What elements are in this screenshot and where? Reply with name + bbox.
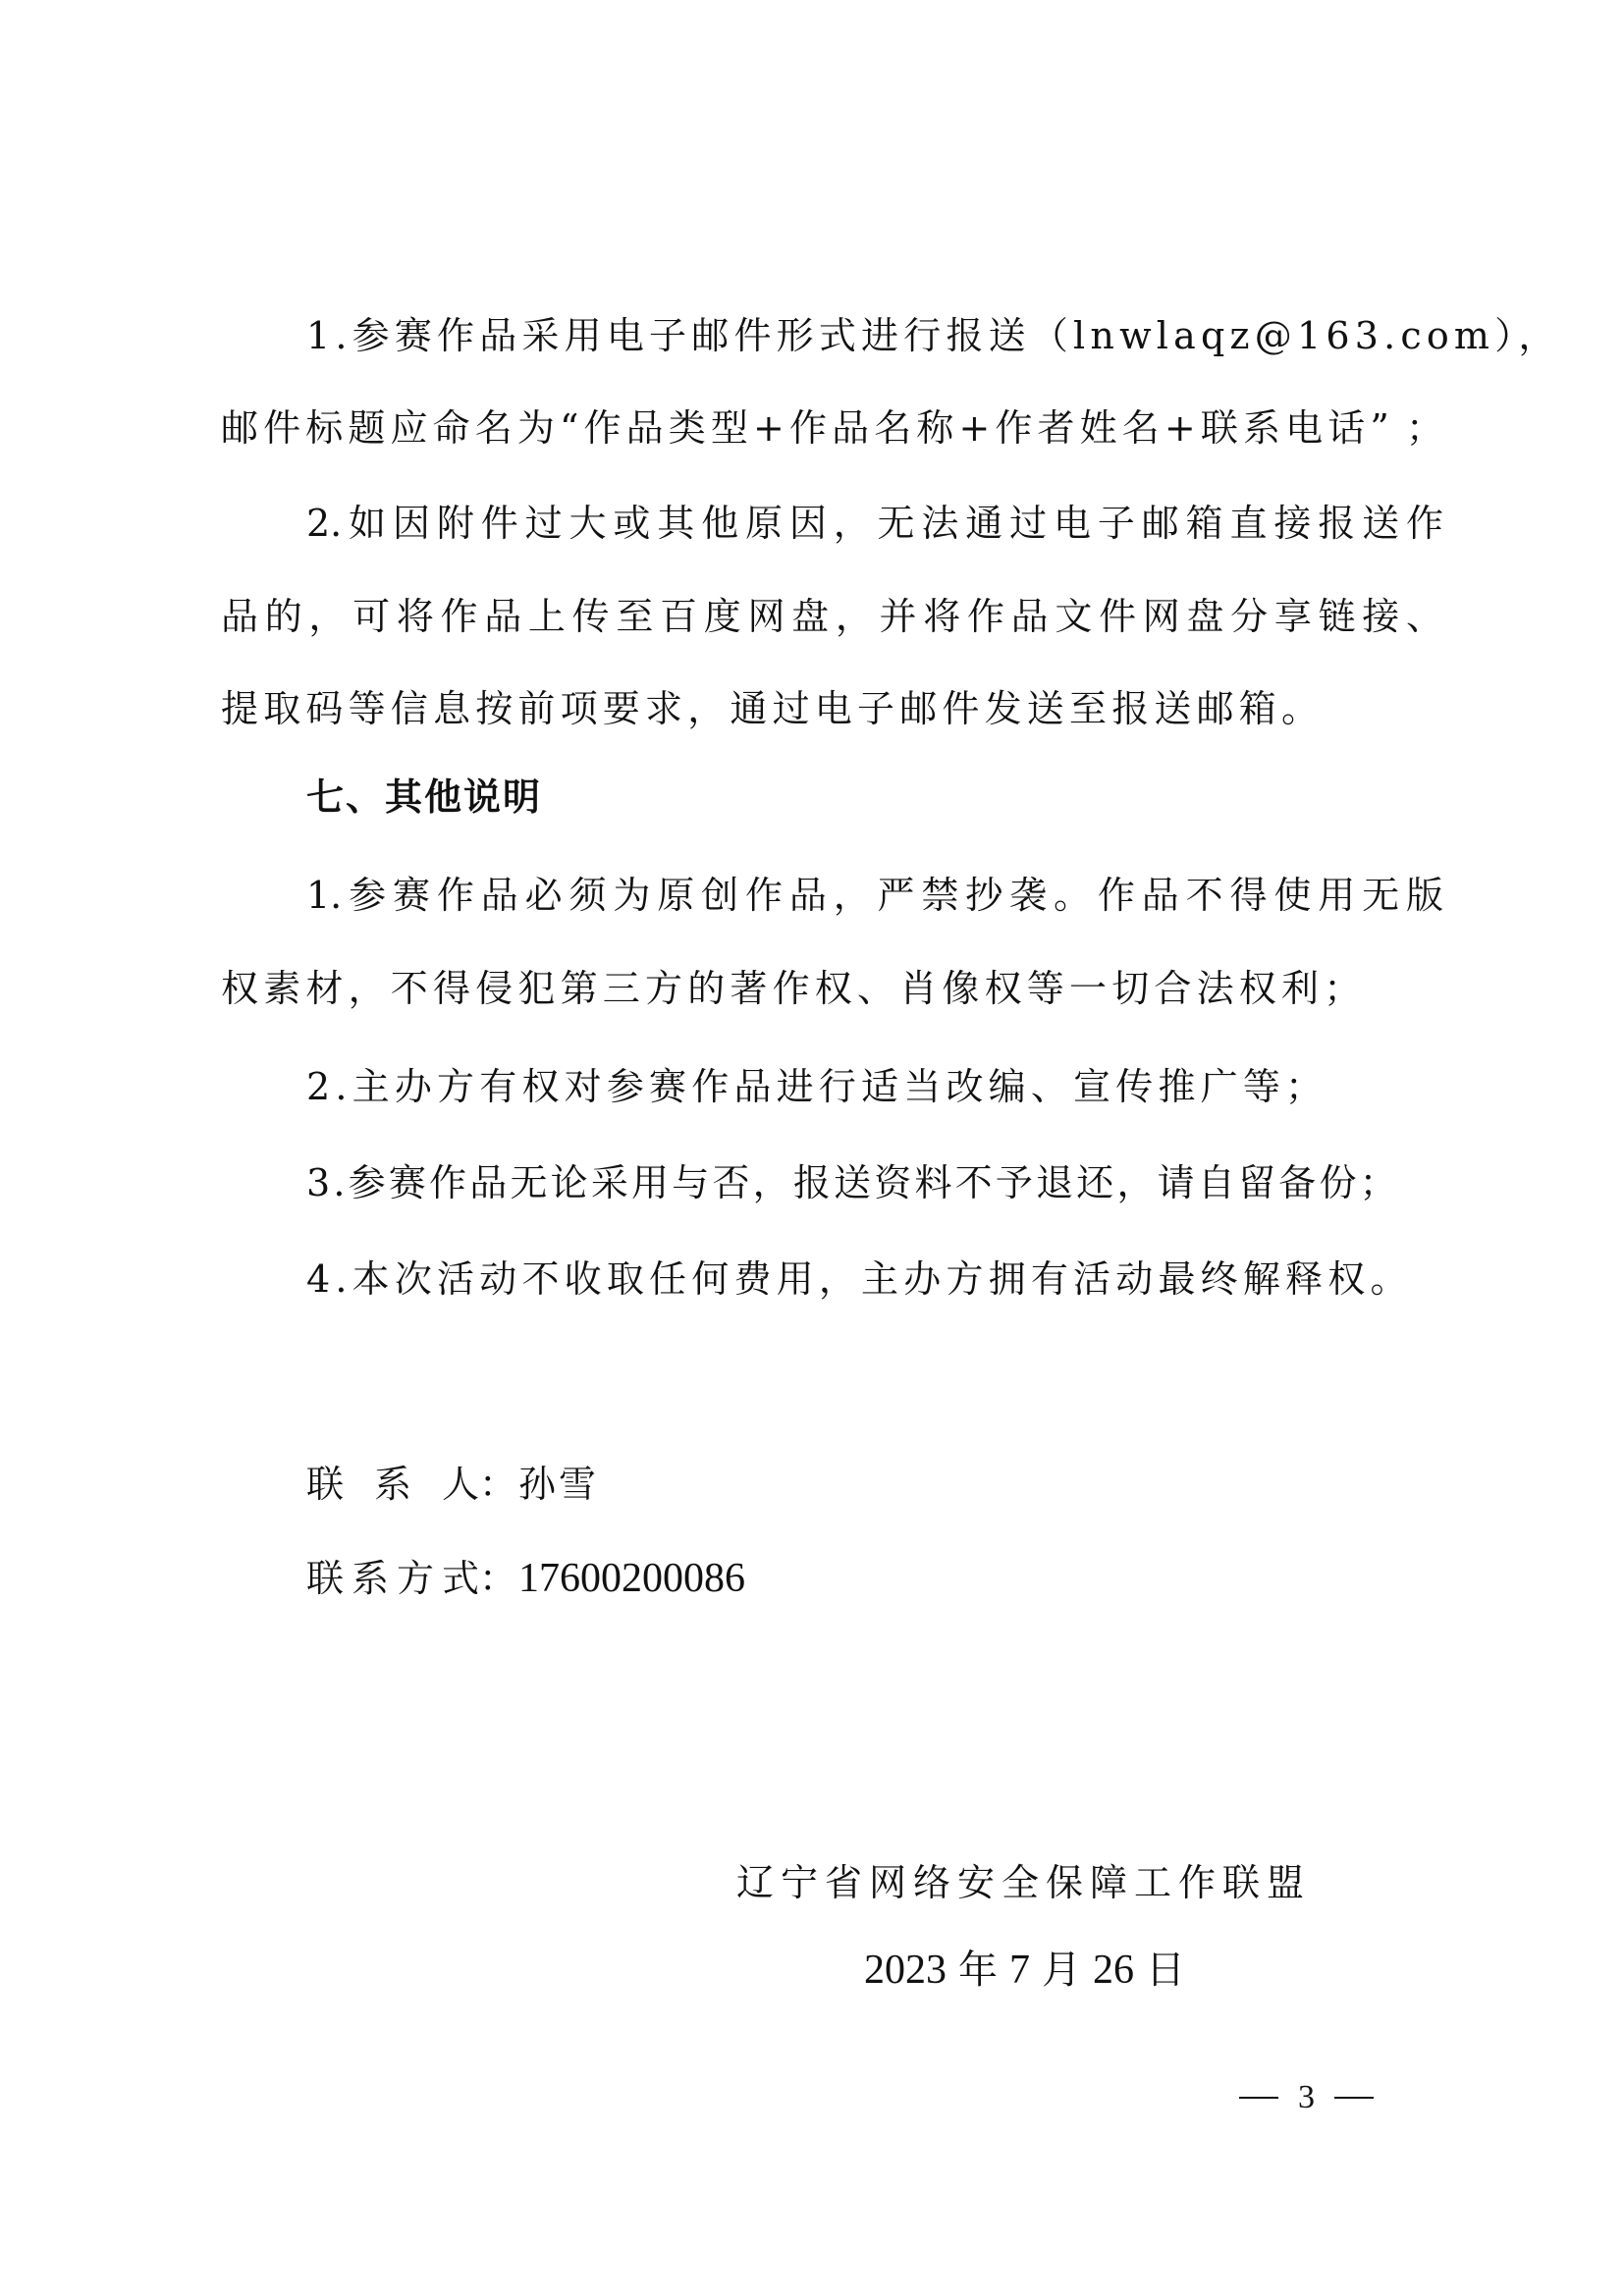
paragraph-line: 2.主办方有权对参赛作品进行适当改编、宣传推广等；	[306, 1062, 1529, 1111]
date-day: 26	[1093, 1948, 1134, 1993]
colon: ：	[479, 1554, 518, 1603]
section-heading: 七、其他说明	[306, 773, 542, 822]
contact-person-label: 联系人	[306, 1460, 479, 1509]
contact-person-name: 孙雪	[518, 1460, 599, 1509]
paragraph-line: 邮件标题应命名为“作品类型+作品名称+作者姓名+联系电话” ；	[221, 403, 1443, 453]
date-day-unit: 日	[1146, 1948, 1185, 1992]
dash-left	[1239, 2097, 1278, 2099]
contact-method-label: 联系方式	[306, 1554, 479, 1603]
page-number: 3	[1239, 2073, 1374, 2122]
contact-method-row: 联系方式 ： 17600200086	[306, 1554, 745, 1603]
paragraph-line: 品的，可将作品上传至百度网盘，并将作品文件网盘分享链接、	[221, 592, 1443, 641]
paragraph-line: 权素材，不得侵犯第三方的著作权、肖像权等一切合法权利；	[221, 964, 1443, 1013]
contact-person-row: 联系人 ： 孙雪	[306, 1460, 599, 1509]
contact-phone: 17600200086	[518, 1554, 745, 1603]
date-year-unit: 年	[958, 1948, 998, 1992]
signature-organization: 辽宁省网络安全保障工作联盟	[736, 1858, 1311, 1907]
signature-date: 2023年7月26日	[864, 1946, 1185, 1995]
page-number-value: 3	[1298, 2073, 1315, 2122]
paragraph-line: 4.本次活动不收取任何费用，主办方拥有活动最终解释权。	[306, 1255, 1529, 1304]
date-month: 7	[1009, 1948, 1030, 1993]
document-page: 1.参赛作品采用电子邮件形式进行报送（lnwlaqz@163.com）， 邮件标…	[0, 0, 1624, 2296]
dash-right	[1334, 2097, 1374, 2099]
paragraph-line: 3.参赛作品无论采用与否，报送资料不予退还，请自留备份；	[306, 1158, 1529, 1207]
date-month-unit: 月	[1042, 1948, 1081, 1992]
paragraph-line: 1.参赛作品必须为原创作品，严禁抄袭。作品不得使用无版	[306, 871, 1443, 920]
paragraph-line: 2.如因附件过大或其他原因，无法通过电子邮箱直接报送作	[306, 499, 1443, 548]
date-year: 2023	[864, 1948, 947, 1993]
paragraph-line: 1.参赛作品采用电子邮件形式进行报送（lnwlaqz@163.com），	[306, 311, 1529, 360]
colon: ：	[479, 1460, 518, 1509]
paragraph-line: 提取码等信息按前项要求，通过电子邮件发送至报送邮箱。	[221, 684, 1443, 733]
